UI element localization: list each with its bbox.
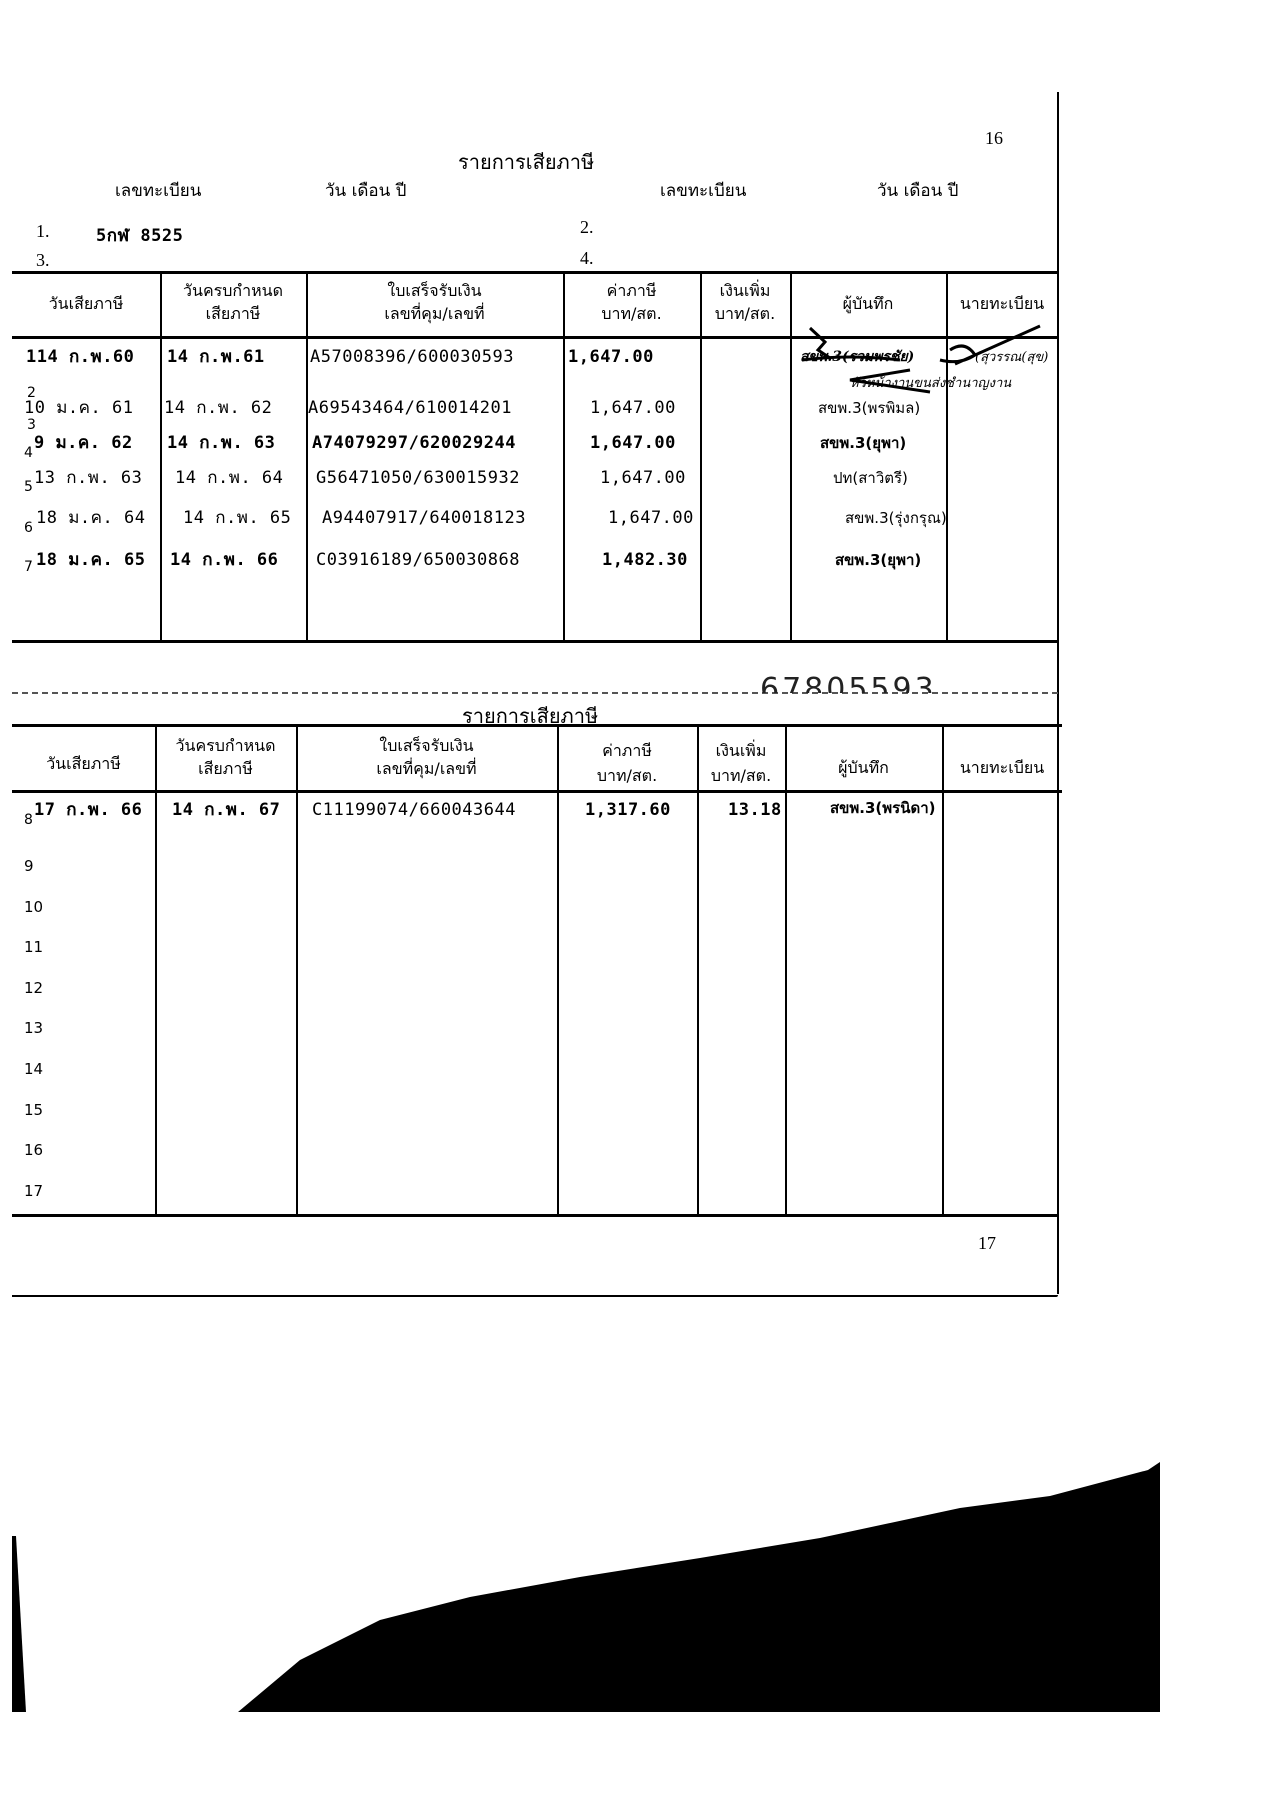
left-registration-label: เลขทะเบียน [115,177,201,204]
header-surcharge-l1: เงินเพิ่ม [700,280,790,302]
header-receipt-l1: ใบเสร็จรับเงิน [296,735,557,757]
row-number: 15 [24,1090,43,1131]
header-due-date-l1: วันครบกำหนด [160,280,306,302]
row-number: 17 [24,1171,43,1212]
header-receipt-l2: เลขที่คุม/เลขที่ [306,303,563,325]
page-bottom-border [12,1295,1058,1297]
page-number-top: 16 [985,128,1003,149]
section-title: รายการเสียภาษี [462,700,598,732]
registration-no-3: 3. [36,250,50,271]
header-due-date-l2: เสียภาษี [160,303,306,325]
header-receipt-l2: เลขที่คุม/เลขที่ [296,758,557,780]
header-tax-l1: ค่าภาษี [563,280,700,302]
header-due-date-l2: เสียภาษี [155,758,296,780]
header-tax-l1: ค่าภาษี [557,740,697,762]
page-title: รายการเสียภาษี [458,146,594,178]
right-registration-label: เลขทะเบียน [660,177,746,204]
registration-no-1: 1. [36,221,50,242]
registration-no-4: 4. [580,248,594,269]
row-number: 16 [24,1130,43,1171]
row-number: 13 [24,1008,43,1049]
row-number: 12 [24,968,43,1009]
right-date-label: วัน เดือน ปี [877,177,958,204]
signature-scribble-icon [790,320,1060,410]
stamp-number: 67805593 [760,672,937,707]
header-recorder: ผู้บันทึก [790,293,946,315]
row-number: 10 [24,887,43,928]
empty-row-numbers: 91011121314151617 [24,846,43,1211]
header-tax-date: วันเสียภาษี [12,753,155,775]
header-due-date-l1: วันครบกำหนด [155,735,296,757]
header-receipt-l1: ใบเสร็จรับเงิน [306,280,563,302]
header-surcharge-l1: เงินเพิ่ม [697,740,785,762]
row-number: 9 [24,846,43,887]
row-number-list: 91011121314151617 [24,846,43,1211]
header-tax-l2: บาท/สต. [563,303,700,325]
header-surcharge-l2: บาท/สต. [700,303,790,325]
header-tax-l2: บาท/สต. [557,765,697,787]
left-date-label: วัน เดือน ปี [325,177,406,204]
header-recorder: ผู้บันทึก [785,757,942,779]
header-registrar: นายทะเบียน [946,293,1058,315]
registration-plate-1: 5กฬ 8525 [96,222,183,249]
row-number: 14 [24,1049,43,1090]
header-registrar: นายทะเบียน [942,757,1062,779]
header-tax-date: วันเสียภาษี [12,293,160,315]
row-number: 11 [24,927,43,968]
page-number-bottom: 17 [978,1233,996,1254]
registration-no-2: 2. [580,217,594,238]
header-surcharge-l2: บาท/สต. [697,765,785,787]
